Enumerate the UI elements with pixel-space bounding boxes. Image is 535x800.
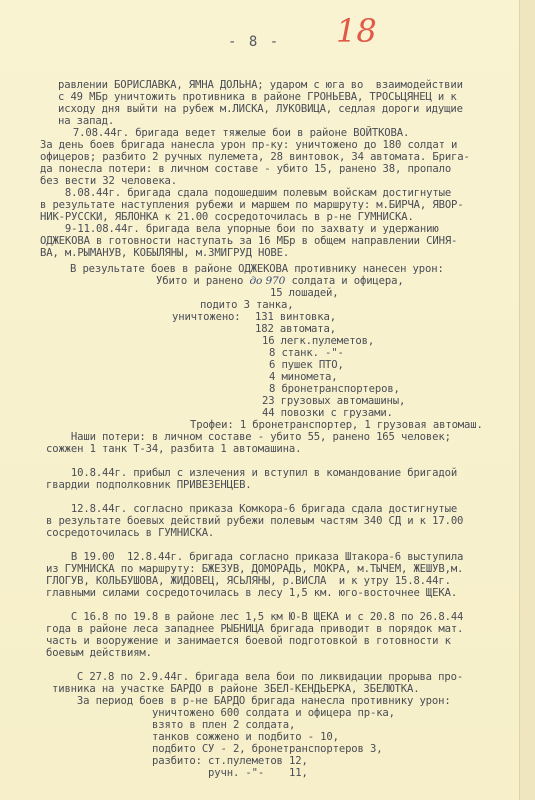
text-line: тивника на участке БАРДО в районе ЗБЕЛ-К… (52, 683, 419, 695)
list-item: подбито СУ - 2, бронетранспортеров 3, (152, 743, 382, 755)
page-edge (519, 0, 535, 800)
list-item: ручн. -"- 11, (152, 767, 308, 779)
text-line: Трофеи: 1 бронетранспортер, 1 грузовая а… (190, 419, 483, 431)
page-number: - 8 - (228, 34, 280, 50)
text-line: на запад. (58, 115, 114, 127)
text-line: уничтожено: (172, 311, 241, 323)
text-line: Наши потери: в личном составе - убито 55… (46, 431, 451, 443)
text-line: да понесла потери: в личном составе - уб… (40, 163, 451, 175)
text-line: 9-11.08.44г. бригада вела упорные бои по… (40, 223, 439, 235)
list-item: 8 бронетранспортеров, (269, 383, 400, 395)
text-line: 15 лошадей, (270, 287, 339, 299)
text-line: За период боев в р-не БАРДО бригада нане… (52, 695, 451, 707)
text-line: года в районе леса западнее РЫБНИЦА бриг… (46, 623, 463, 635)
list-item: разбито: ст.пулеметов 12, (152, 755, 308, 767)
text-line: главными силами сосредоточилась в лесу 1… (46, 587, 457, 599)
list-item: 16 легк.пулеметов, (262, 335, 374, 347)
text-line: часть и вооружение и занимается боевой п… (46, 635, 451, 647)
text-line: из ГУМНИСКА по маршруту: БЖЕЗУВ, ДОМОРАД… (46, 563, 463, 575)
text-line: равлении БОРИСЛАВКА, ЯМНА ДОЛЬНА; ударом… (58, 79, 463, 91)
text-line: гвардии подполковник ПРИВЕЗЕНЦЕВ. (46, 479, 252, 491)
list-item: 44 повозки с грузами. (262, 407, 393, 419)
list-item: взято в плен 2 солдата, (152, 719, 295, 731)
text-line: сосредоточилась в ГУМНИСКА. (46, 527, 214, 539)
text-line: 10.8.44г. прибыл с излечения и вступил в… (46, 467, 457, 479)
text-line: ОДЖЕКОВА в готовности наступать за 16 МБ… (40, 235, 457, 247)
document-page: - 8 - 18 равлении БОРИСЛАВКА, ЯМНА ДОЛЬН… (0, 0, 520, 800)
text-line: офицеров; разбито 2 ручных пулемета, 28 … (40, 151, 470, 163)
list-item: 23 грузовых автомашины, (262, 395, 405, 407)
text-line: в результате наступления рубежи и маршем… (40, 199, 464, 211)
text-line: С 27.8 по 2.9.44г. бригада вела бои по л… (52, 671, 463, 683)
archive-page-number-handwritten: 18 (336, 12, 377, 50)
list-item: 182 автомата, (255, 323, 336, 335)
text-line: 7.08.44г. бригада ведет тяжелые бои в ра… (48, 127, 409, 139)
text-line: ГЛОГУВ, КОЛЬБУШОВА, ЖИДОВЕЦ, ЯСЬЛЯНЫ, р.… (46, 575, 451, 587)
text-line: ВА, м.РЫМАНУВ, КОБЫЛЯНЫ, м.ЗМИГРУД НОВЕ. (40, 247, 289, 259)
text-line: боевым действиям. (46, 647, 152, 659)
losses-killed-wounded: Убито и ранено до 970 солдата и офицера, (156, 275, 404, 287)
text-line: За день боев бригада нанесла урон пр-ку:… (40, 139, 457, 151)
text-line: НИК-РУССКИ, ЯБЛОНКА к 21.00 сосредоточил… (40, 211, 414, 223)
list-item: 4 миномета, (269, 371, 338, 383)
text-line: 12.8.44г. согласно приказа Комкора-6 бри… (46, 503, 457, 515)
text-line: подито 3 танка, (200, 299, 293, 311)
text-line: В результате боев в районе ОДЖЕКОВА прот… (70, 263, 444, 275)
text-line: С 16.8 по 19.8 в районе лес 1,5 км Ю-В Щ… (46, 611, 463, 623)
list-item: 8 станк. -"- (269, 347, 344, 359)
list-item: уничтожено 600 солдата и офицера пр-ка, (152, 707, 395, 719)
text-line: сожжен 1 танк Т-34, разбита 1 автомашина… (46, 443, 301, 455)
list-item: 6 пушек ПТО, (269, 359, 344, 371)
text-line: без вести 32 человека. (40, 175, 177, 187)
text: солдата и офицера, (291, 275, 403, 287)
text-line: 8.08.44г. бригада сдала подошедшим полев… (40, 187, 451, 199)
text-line: в результате боевых действий рубежи поле… (46, 515, 463, 527)
list-item: 131 винтовка, (255, 311, 336, 323)
list-item: танков сожжено и подбито - 10, (152, 731, 339, 743)
text-line: исходу дня выйти на рубеж м.ЛИСКА, ЛУКОВ… (58, 103, 463, 115)
text-line: В 19.00 12.8.44г. бригада согласно прика… (46, 551, 463, 563)
text-line: с 49 МБр уничтожить противника в районе … (58, 91, 457, 103)
text: Убито и ранено (156, 275, 243, 287)
handwritten-correction: до 970 (249, 275, 285, 287)
